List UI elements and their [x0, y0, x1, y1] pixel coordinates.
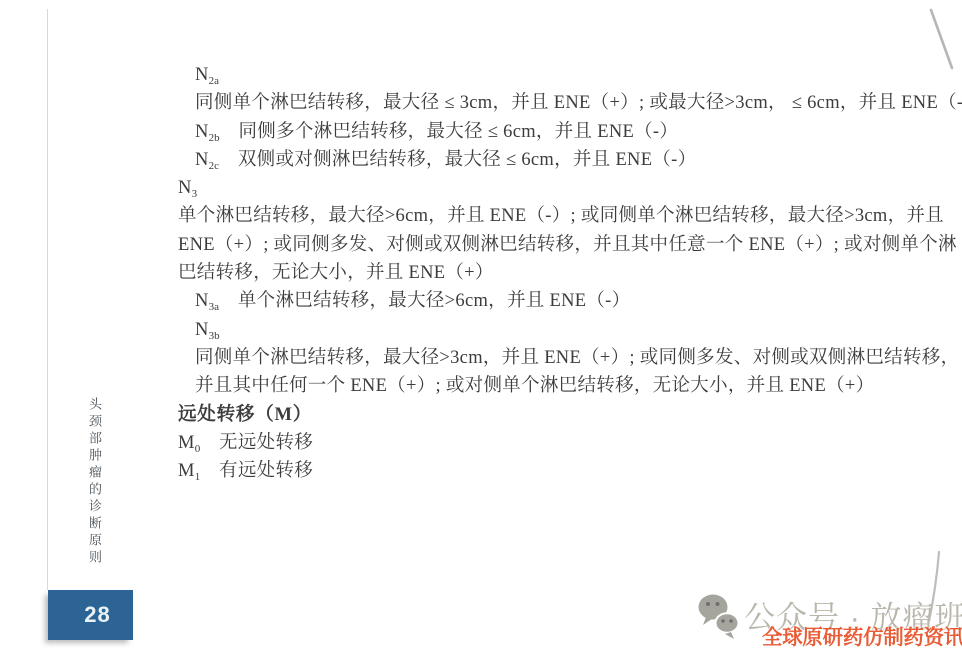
- staging-text-block: N2a同侧单个淋巴结转移，最大径 ≤ 3cm，并且 ENE（+）; 或最大径>3…: [178, 61, 956, 485]
- text-line: N2b 同侧多个淋巴结转移，最大径 ≤ 6cm，并且 ENE（-）: [178, 118, 956, 146]
- text-line: N3b: [178, 316, 956, 344]
- text-line: 巴结转移，无论大小，并且 ENE（+）: [178, 259, 956, 287]
- text-line: M1 有远处转移: [178, 457, 956, 485]
- page-number: 28: [84, 602, 110, 628]
- page-number-badge: 28: [48, 590, 133, 640]
- text-line: 单个淋巴结转移，最大径>6cm，并且 ENE（-）; 或同侧单个淋巴结转移，最大…: [178, 202, 956, 230]
- scanned-book-page: N2a同侧单个淋巴结转移，最大径 ≤ 3cm，并且 ENE（+）; 或最大径>3…: [0, 0, 962, 651]
- page-edge-line: [47, 9, 48, 590]
- text-line: M0 无远处转移: [178, 429, 956, 457]
- wechat-icon: [697, 593, 741, 643]
- text-line: 远处转移（M）: [178, 401, 956, 429]
- text-line: N3a 单个淋巴结转移，最大径>6cm，并且 ENE（-）: [178, 287, 956, 315]
- text-line: 同侧单个淋巴结转移，最大径>3cm，并且 ENE（+）; 或同侧多发、对侧或双侧…: [178, 344, 956, 372]
- text-line: 并且其中任何一个 ENE（+）; 或对侧单个淋巴结转移，无论大小，并且 ENE（…: [178, 372, 956, 400]
- text-line: 同侧单个淋巴结转移，最大径 ≤ 3cm，并且 ENE（+）; 或最大径>3cm，…: [178, 89, 956, 117]
- text-line: N2a: [178, 61, 956, 89]
- chapter-title-vertical: 头颈部肿瘤的诊断原则: [85, 397, 104, 577]
- red-watermark-text: 全球原研药仿制药资讯: [762, 620, 962, 650]
- text-line: ENE（+）; 或同侧多发、对侧或双侧淋巴结转移，并且其中任意一个 ENE（+）…: [178, 231, 956, 259]
- text-line: N2c 双侧或对侧淋巴结转移，最大径 ≤ 6cm，并且 ENE（-）: [178, 146, 956, 174]
- text-line: N3: [178, 174, 956, 202]
